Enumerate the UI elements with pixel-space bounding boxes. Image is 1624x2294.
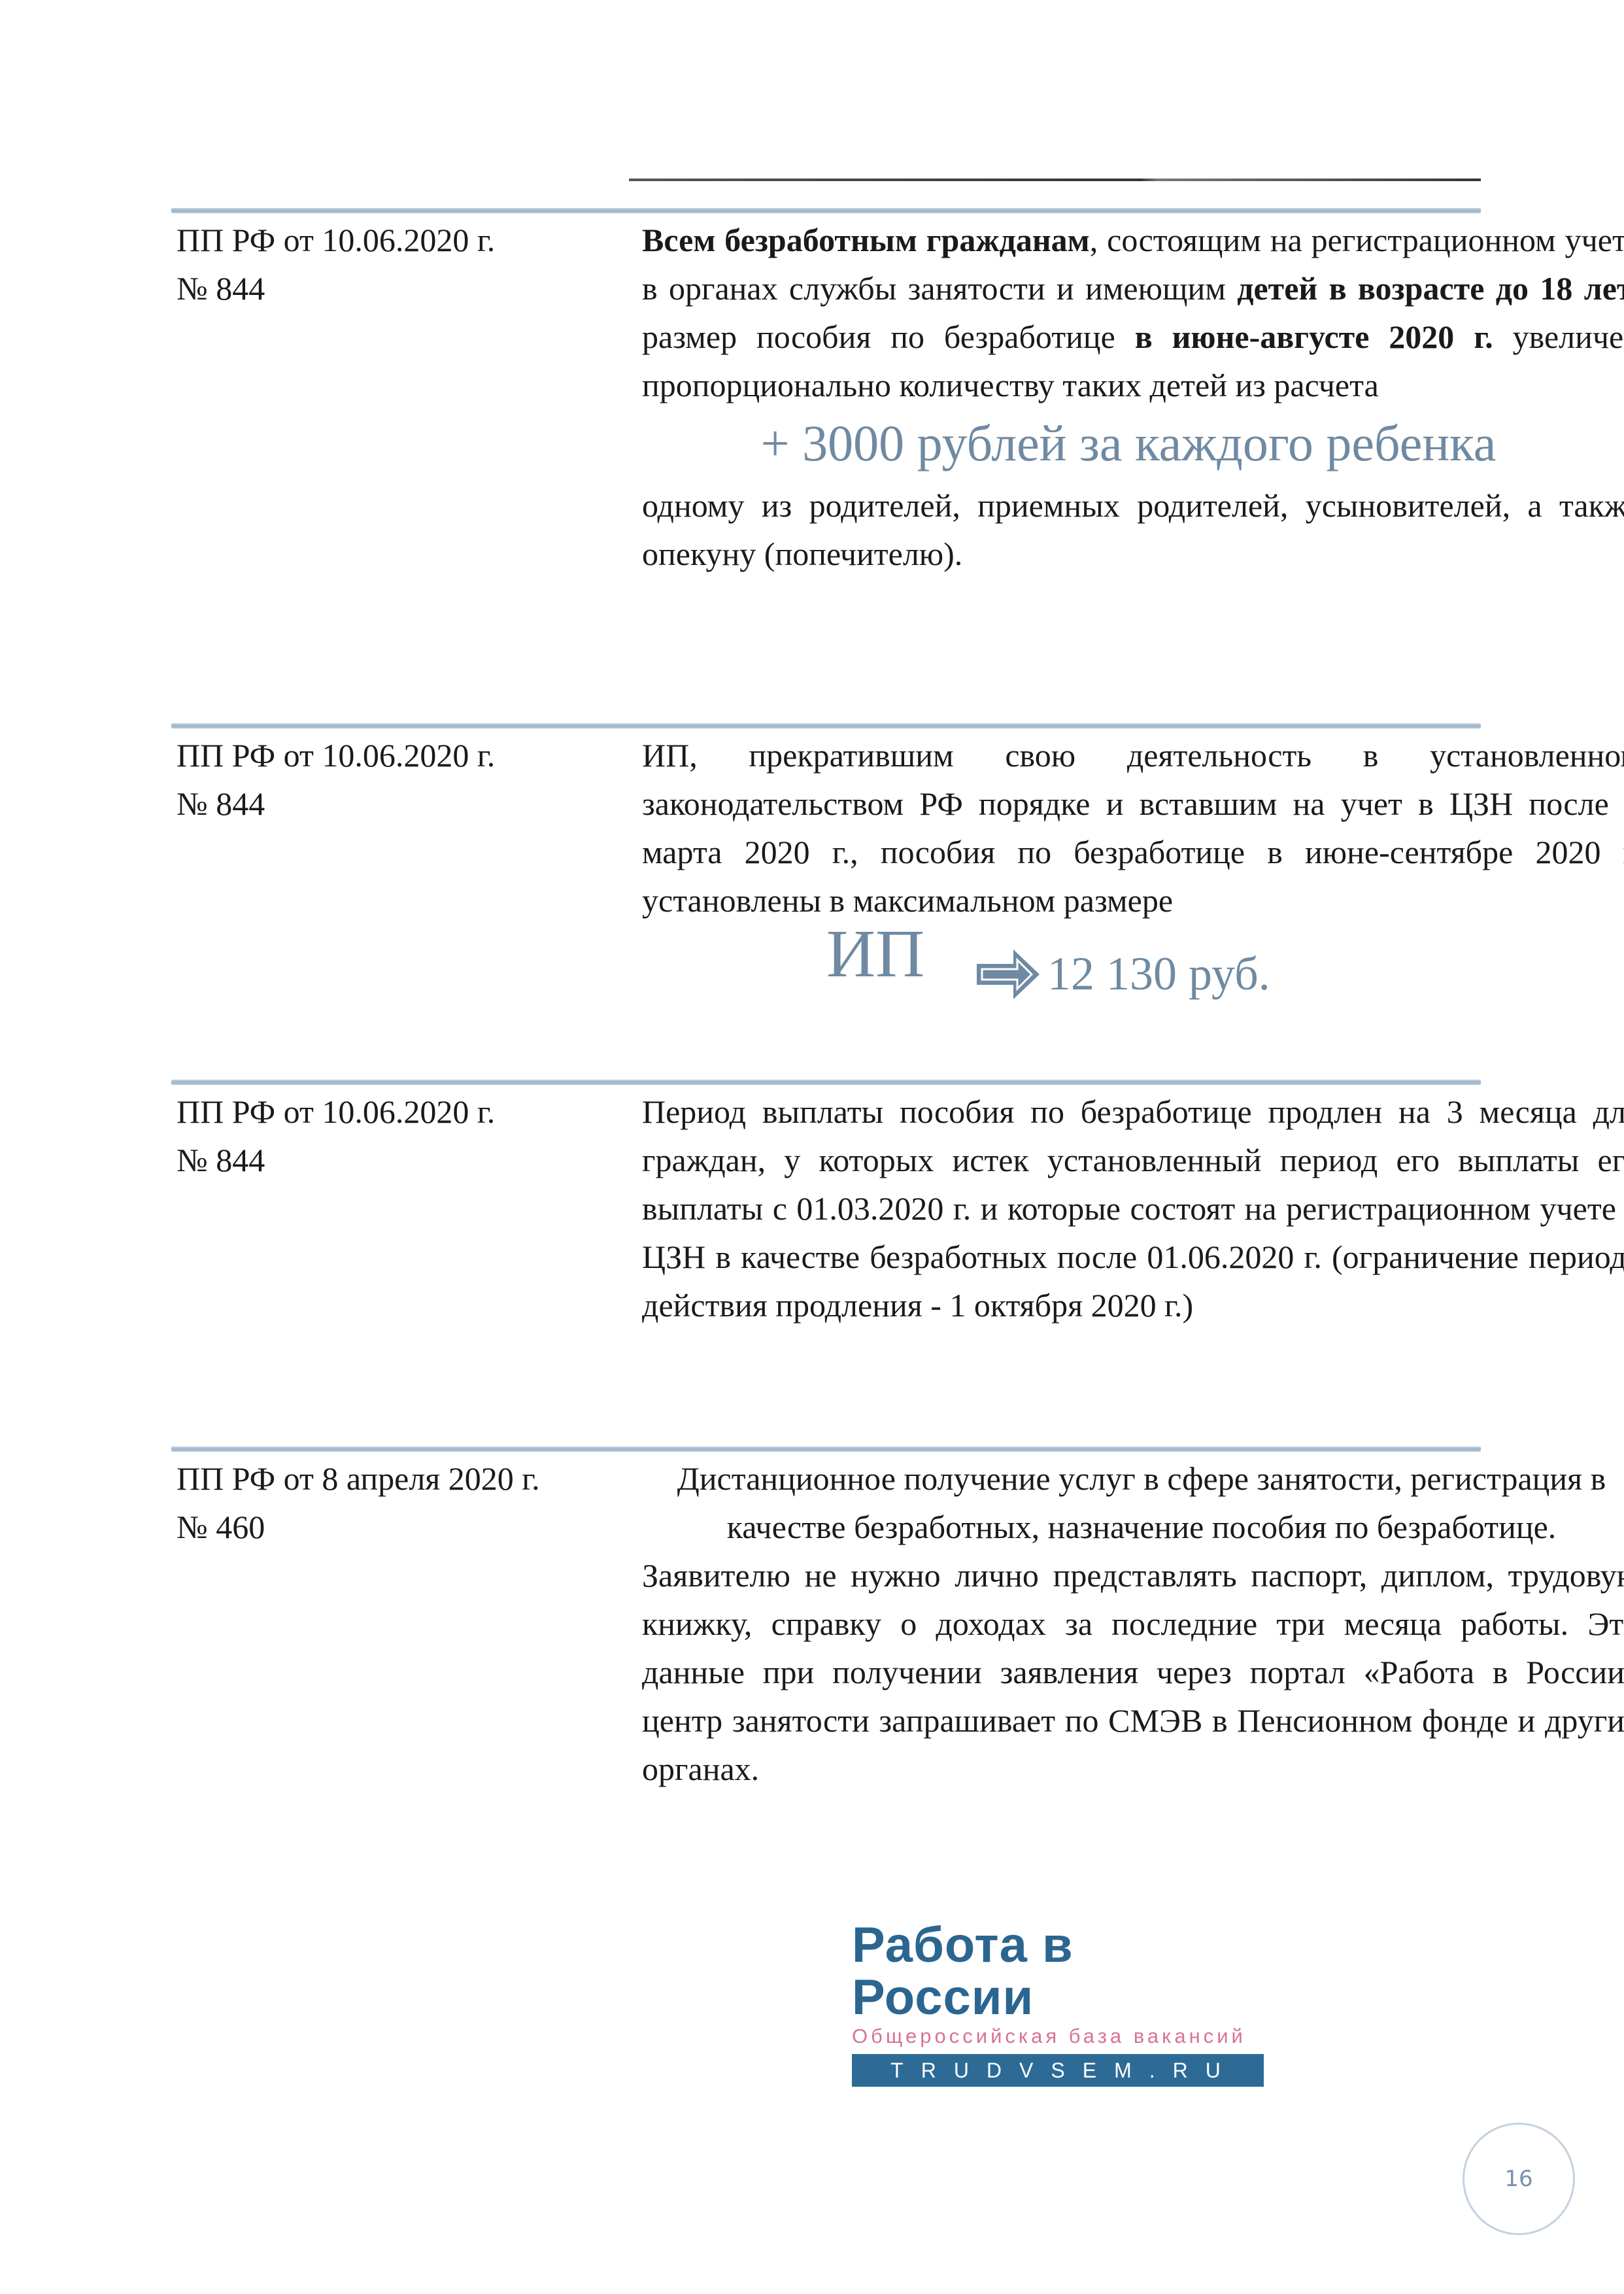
bold-text: Всем безработным гражданам [642, 222, 1090, 258]
law-number: № 844 [177, 1136, 588, 1184]
paragraph: Всем безработным гражданам, состоящим на… [642, 216, 1624, 409]
page-number-text: 16 [1504, 2166, 1532, 2192]
paragraph: Заявителю не нужно лично представлять па… [642, 1551, 1624, 1793]
header-rule [629, 179, 1481, 181]
paragraph: одному из родителей, приемных родителей,… [642, 481, 1624, 578]
law-number: № 460 [177, 1503, 588, 1551]
logo-domain: TRUDVSEM.RU [852, 2054, 1264, 2087]
page-number: 16 [1463, 2123, 1575, 2235]
row-content: ИП, прекратившим свою деятельность в уст… [642, 731, 1624, 1015]
row-separator [171, 1080, 1481, 1085]
highlight-amount: + 3000 рублей за каждого ребенка [642, 412, 1624, 475]
law-reference: ПП РФ от 10.06.2020 г. № 844 [177, 1087, 588, 1184]
row-separator [171, 208, 1481, 213]
paragraph: Период выплаты пособия по безработице пр… [642, 1087, 1624, 1329]
law-title: ПП РФ от 10.06.2020 г. [177, 731, 588, 779]
section-heading: Дистанционное получение услуг в сфере за… [642, 1454, 1624, 1551]
row-separator [171, 1447, 1481, 1452]
row-separator [171, 723, 1481, 728]
bold-text: в июне-августе 2020 г. [1135, 318, 1493, 355]
law-title: ПП РФ от 8 апреля 2020 г. [177, 1454, 588, 1503]
ip-label: ИП [826, 930, 924, 978]
row-content: Период выплаты пособия по безработице пр… [642, 1087, 1624, 1329]
law-title: ПП РФ от 10.06.2020 г. [177, 1087, 588, 1136]
paragraph: ИП, прекратившим свою деятельность в уст… [642, 731, 1624, 925]
right-arrow-icon [975, 948, 1041, 1001]
bold-text: детей в возрасте до 18 лет [1237, 270, 1624, 307]
max-benefit-amount: 12 130 руб. [1047, 950, 1270, 998]
law-reference: ПП РФ от 10.06.2020 г. № 844 [177, 216, 588, 313]
logo-title: Работа в России [852, 1919, 1264, 2024]
law-title: ПП РФ от 10.06.2020 г. [177, 216, 588, 264]
law-number: № 844 [177, 779, 588, 828]
logo-subtitle: Общероссийская база вакансий [852, 2025, 1264, 2047]
law-reference: ПП РФ от 8 апреля 2020 г. № 460 [177, 1454, 588, 1551]
row-content: Дистанционное получение услуг в сфере за… [642, 1454, 1624, 1793]
row-content: Всем безработным гражданам, состоящим на… [642, 216, 1624, 578]
law-number: № 844 [177, 264, 588, 313]
trudvsem-logo: Работа в России Общероссийская база вака… [852, 1919, 1264, 2087]
law-reference: ПП РФ от 10.06.2020 г. № 844 [177, 731, 588, 828]
highlight-ip-amount: ИП 12 130 руб. [642, 936, 1624, 1015]
